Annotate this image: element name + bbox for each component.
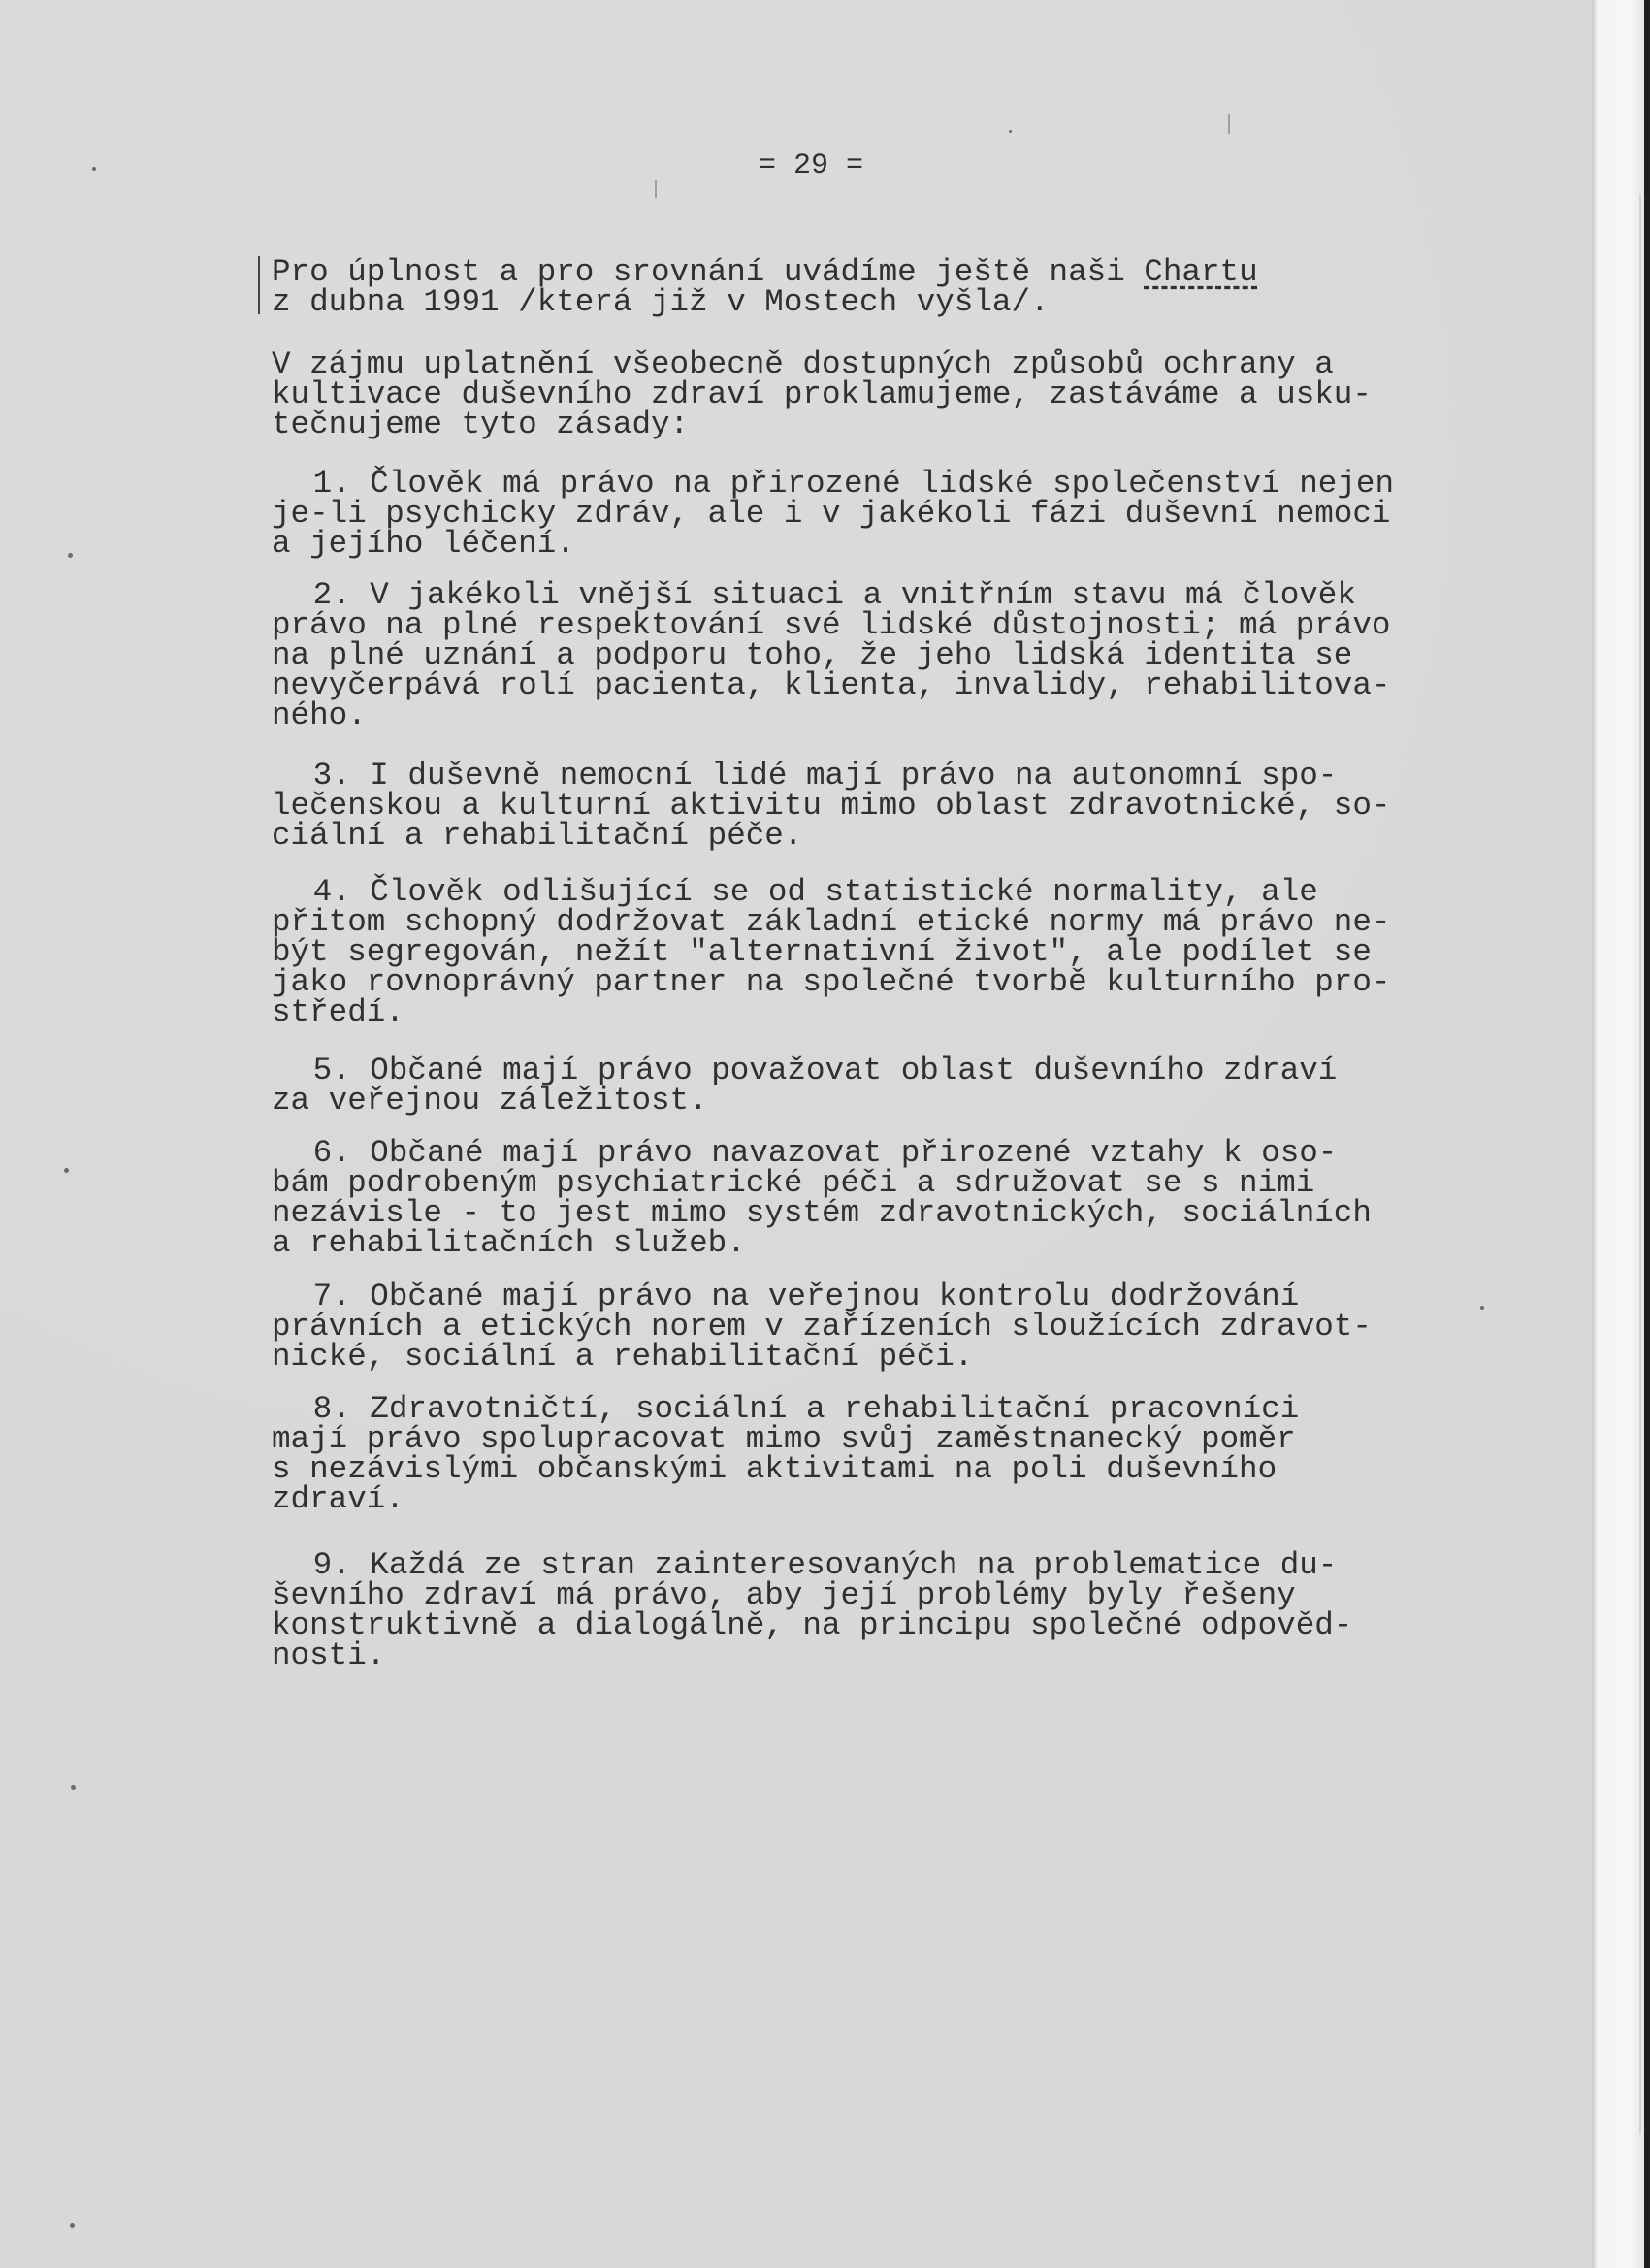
principle-line: za veřejnou záležitost.: [272, 1085, 708, 1116]
principle-line: ciální a rehabilitační péče.: [272, 821, 802, 851]
principle-line: na plné uznání a podporu toho, že jeho l…: [272, 640, 1352, 670]
page-edge: [1592, 0, 1644, 2268]
scan-speck: [1009, 130, 1012, 133]
scan-scratch: [655, 180, 657, 198]
scan-speck: [1480, 1306, 1484, 1310]
principle-line: 6. Občané mají právo navazovat přirozené…: [256, 1138, 1337, 1168]
preamble-line: V zájmu uplatnění všeobecně dostupných z…: [272, 349, 1334, 379]
principle-line: nezávisle - to jest mimo systém zdravotn…: [272, 1198, 1372, 1228]
principle-line: je-li psychicky zdráv, ale i v jakékoli …: [272, 499, 1390, 529]
principle-line: 3. I duševně nemocní lidé mají právo na …: [256, 761, 1337, 791]
principle-line: 7. Občané mají právo na veřejnou kontrol…: [256, 1281, 1299, 1312]
scan-speck: [68, 553, 73, 558]
scan-speck: [70, 2223, 75, 2228]
preamble-line: kultivace duševního zdraví proklamujeme,…: [272, 379, 1372, 409]
scan-scratch: [1228, 114, 1230, 134]
charter-word: Chartu: [1144, 254, 1257, 290]
principle-line: středí.: [272, 997, 404, 1027]
intro-line-2: z dubna 1991 /která již v Mostech vyšla/…: [272, 287, 1050, 317]
scan-speck: [71, 1785, 76, 1790]
principle-line: 1. Člověk má právo na přirozené lidské s…: [256, 469, 1394, 499]
principle-line: nické, sociální a rehabilitační péči.: [272, 1342, 973, 1372]
intro-line-1: Pro úplnost a pro srovnání uvádíme ještě…: [272, 257, 1258, 287]
principle-line: ševního zdraví má právo, aby její problé…: [272, 1580, 1296, 1610]
scan-scratch: [1639, 194, 1641, 2134]
principle-line: zdraví.: [272, 1484, 404, 1514]
principle-line: 5. Občané mají právo považovat oblast du…: [256, 1055, 1337, 1085]
principle-line: 8. Zdravotničtí, sociální a rehabilitačn…: [256, 1394, 1299, 1424]
principle-line: 9. Každá ze stran zainteresovaných na pr…: [256, 1550, 1337, 1580]
principle-line: a jejího léčení.: [272, 529, 575, 559]
principle-line: 4. Člověk odlišující se od statistické n…: [256, 877, 1318, 907]
principle-line: lečenskou a kulturní aktivitu mimo oblas…: [272, 791, 1390, 821]
principle-line: nosti.: [272, 1640, 385, 1670]
principle-line: právních a etických norem v zařízeních s…: [272, 1312, 1372, 1342]
principle-line: konstruktivně a dialogálně, na principu …: [272, 1610, 1352, 1640]
principle-line: a rehabilitačních služeb.: [272, 1228, 746, 1258]
principle-line: 2. V jakékoli vnější situaci a vnitřním …: [256, 580, 1356, 610]
principle-line: přitom schopný dodržovat základní etické…: [272, 907, 1390, 937]
principle-line: jako rovnoprávný partner na společné tvo…: [272, 967, 1390, 997]
margin-mark: [258, 256, 260, 314]
scan-border: [1644, 0, 1650, 2268]
principle-line: bám podrobeným psychiatrické péči a sdru…: [272, 1168, 1314, 1198]
principle-line: být segregován, nežít "alternativní živo…: [272, 937, 1372, 967]
preamble-line: tečnujeme tyto zásady:: [272, 409, 689, 439]
principle-line: ného.: [272, 700, 367, 730]
principle-line: nevyčerpává rolí pacienta, klienta, inva…: [272, 670, 1390, 700]
principle-line: mají právo spolupracovat mimo svůj zaměs…: [272, 1424, 1296, 1454]
page-number: = 29 =: [759, 151, 863, 181]
scan-speck: [64, 1168, 69, 1173]
principle-line: s nezávislými občanskými aktivitami na p…: [272, 1454, 1277, 1484]
paper-page: [0, 0, 1591, 2268]
principle-line: právo na plné respektování své lidské dů…: [272, 610, 1390, 640]
scan-speck: [92, 167, 96, 171]
